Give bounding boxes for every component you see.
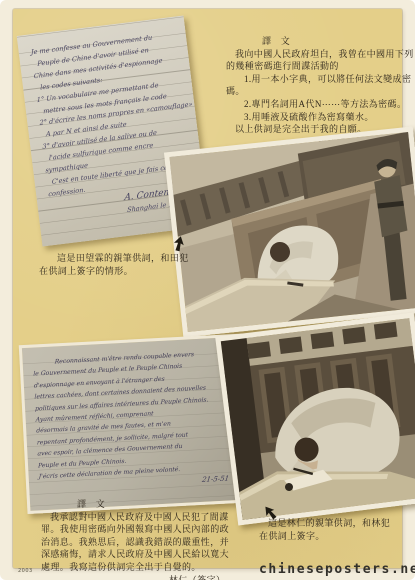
translation-line: 治消息。我熟思后，認識我錯誤的嚴重性，并 [41,536,259,549]
translation-line: 深感痛悔，請求人民政府及中國人民給以寬大 [41,548,259,561]
photo-1-image [169,132,415,332]
poster-yellow-background: Je me confesse au Gouvernement du Peuple… [13,9,402,568]
translation-line: 我向中國人民政府坦白，我曾在中國用下列 [235,48,415,61]
translation-signature: 林仁（簽字） [169,574,259,580]
translation-title: 譯 文 [262,35,415,48]
translation-block-2: 譯 文 我承認對中國人民政府及中國人民犯了間諜 罪。我使用密碼向外國報寫中國人民… [41,498,259,580]
photo-courtroom-signing [164,126,415,337]
caption-line: 在供詞上簽字。 [259,530,409,543]
translation-line: 碼。 [226,85,415,98]
translation-line: 處理。我寫這份供詞完全出于自覺的。 [41,561,259,574]
translation-line: 2.專門名詞用A代N⋯⋯等方法為密碼。 [244,98,415,111]
photo-2-image [221,318,415,520]
translation-line: 我承認對中國人民政府及中國人民犯了間諜 [50,511,259,524]
watermark-text: chineseposters.net [259,562,415,577]
translation-title: 譯 文 [77,498,259,511]
translation-line: 1.用一本小字典，可以將任何法文變成密 [244,73,415,86]
caption-line: 這是田望霖的親筆供詞，和田犯 [57,252,199,265]
caption-2: 這是林仁的親筆供詞，和林犯 在供詞上簽字。 [259,517,409,542]
catalog-number: 2003 [18,568,33,574]
caption-line: 這是林仁的親筆供詞，和林犯 [268,517,409,530]
translation-line: 罪。我使用密碼向外國報寫中國人民內部的政 [41,523,259,536]
translation-line: 的幾種密碼進行間諜活動的 [226,60,415,73]
poster-scan-page: Je me confesse au Gouvernement du Peuple… [0,0,415,580]
photo-desk-signing [215,313,415,526]
caption-1: 這是田望霖的親筆供詞，和田犯 在供詞上簽字的情形。 [39,252,199,277]
caption-line: 在供詞上簽字的情形。 [39,265,199,278]
translation-line: 3.用唾液及硫酸作為密寫藥水。 [244,111,415,124]
